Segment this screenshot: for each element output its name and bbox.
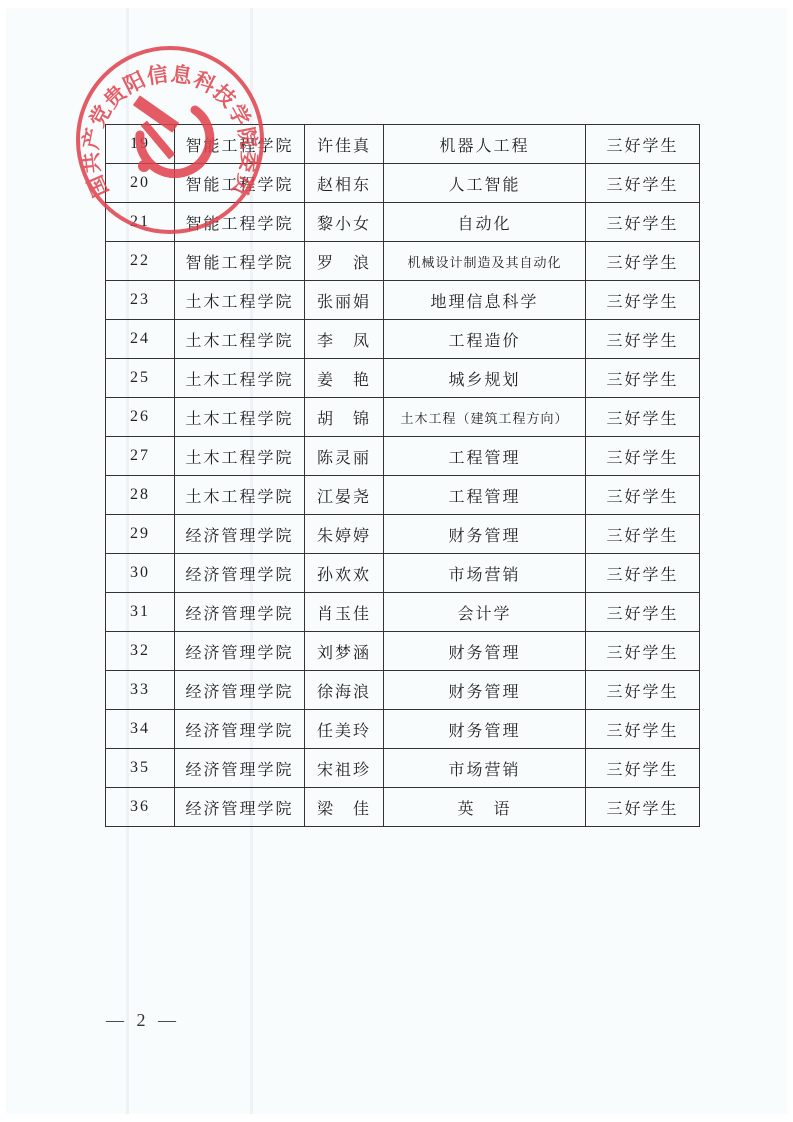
table-row: 32经济管理学院刘梦涵财务管理三好学生 [106,632,700,671]
award-cell: 三好学生 [586,788,700,827]
award-cell: 三好学生 [586,671,700,710]
student-name-cell: 朱婷婷 [305,515,384,554]
award-cell: 三好学生 [586,398,700,437]
major-cell: 自动化 [384,203,586,242]
major-cell: 工程造价 [384,320,586,359]
row-number: 29 [106,515,175,554]
table-body: 19智能工程学院许佳真机器人工程三好学生20智能工程学院赵相东人工智能三好学生2… [106,125,700,827]
award-cell: 三好学生 [586,632,700,671]
college-cell: 土木工程学院 [175,437,305,476]
college-cell: 智能工程学院 [175,203,305,242]
major-cell: 会计学 [384,593,586,632]
award-cell: 三好学生 [586,749,700,788]
table-row: 19智能工程学院许佳真机器人工程三好学生 [106,125,700,164]
student-name-cell: 罗 浪 [305,242,384,281]
table-row: 28土木工程学院江晏尧工程管理三好学生 [106,476,700,515]
major-cell: 财务管理 [384,632,586,671]
major-cell: 财务管理 [384,710,586,749]
table-row: 33经济管理学院徐海浪财务管理三好学生 [106,671,700,710]
college-cell: 经济管理学院 [175,632,305,671]
row-number: 21 [106,203,175,242]
student-name-cell: 江晏尧 [305,476,384,515]
student-name-cell: 徐海浪 [305,671,384,710]
row-number: 27 [106,437,175,476]
row-number: 33 [106,671,175,710]
award-cell: 三好学生 [586,320,700,359]
major-cell: 城乡规划 [384,359,586,398]
row-number: 34 [106,710,175,749]
row-number: 31 [106,593,175,632]
student-name-cell: 肖玉佳 [305,593,384,632]
award-roster-table: 19智能工程学院许佳真机器人工程三好学生20智能工程学院赵相东人工智能三好学生2… [105,124,700,827]
student-name-cell: 赵相东 [305,164,384,203]
major-cell: 市场营销 [384,554,586,593]
row-number: 28 [106,476,175,515]
table-row: 35经济管理学院宋祖珍市场营销三好学生 [106,749,700,788]
major-cell: 财务管理 [384,515,586,554]
major-cell: 英 语 [384,788,586,827]
major-cell: 机械设计制造及其自动化 [384,242,586,281]
row-number: 32 [106,632,175,671]
table-row: 36经济管理学院梁 佳英 语三好学生 [106,788,700,827]
award-cell: 三好学生 [586,125,700,164]
row-number: 30 [106,554,175,593]
major-cell: 工程管理 [384,476,586,515]
major-cell: 工程管理 [384,437,586,476]
table-row: 21智能工程学院黎小女自动化三好学生 [106,203,700,242]
row-number: 26 [106,398,175,437]
award-cell: 三好学生 [586,242,700,281]
award-cell: 三好学生 [586,359,700,398]
row-number: 23 [106,281,175,320]
student-name-cell: 李 凤 [305,320,384,359]
student-name-cell: 孙欢欢 [305,554,384,593]
table-row: 23土木工程学院张丽娟地理信息科学三好学生 [106,281,700,320]
row-number: 36 [106,788,175,827]
major-cell: 市场营销 [384,749,586,788]
row-number: 19 [106,125,175,164]
student-name-cell: 梁 佳 [305,788,384,827]
student-name-cell: 陈灵丽 [305,437,384,476]
table-row: 20智能工程学院赵相东人工智能三好学生 [106,164,700,203]
student-name-cell: 胡 锦 [305,398,384,437]
table-row: 29经济管理学院朱婷婷财务管理三好学生 [106,515,700,554]
table-row: 30经济管理学院孙欢欢市场营销三好学生 [106,554,700,593]
row-number: 22 [106,242,175,281]
student-name-cell: 刘梦涵 [305,632,384,671]
college-cell: 土木工程学院 [175,281,305,320]
major-cell: 地理信息科学 [384,281,586,320]
college-cell: 经济管理学院 [175,515,305,554]
student-name-cell: 姜 艳 [305,359,384,398]
award-cell: 三好学生 [586,593,700,632]
college-cell: 土木工程学院 [175,359,305,398]
college-cell: 智能工程学院 [175,125,305,164]
major-cell: 财务管理 [384,671,586,710]
college-cell: 经济管理学院 [175,749,305,788]
award-cell: 三好学生 [586,515,700,554]
row-number: 20 [106,164,175,203]
college-cell: 经济管理学院 [175,788,305,827]
student-name-cell: 任美玲 [305,710,384,749]
award-cell: 三好学生 [586,203,700,242]
award-cell: 三好学生 [586,164,700,203]
award-cell: 三好学生 [586,281,700,320]
table-row: 26土木工程学院胡 锦土木工程（建筑工程方向）三好学生 [106,398,700,437]
row-number: 25 [106,359,175,398]
student-name-cell: 张丽娟 [305,281,384,320]
award-cell: 三好学生 [586,437,700,476]
student-name-cell: 许佳真 [305,125,384,164]
row-number: 24 [106,320,175,359]
table-row: 34经济管理学院任美玲财务管理三好学生 [106,710,700,749]
college-cell: 智能工程学院 [175,242,305,281]
table-row: 24土木工程学院李 凤工程造价三好学生 [106,320,700,359]
college-cell: 经济管理学院 [175,671,305,710]
award-cell: 三好学生 [586,476,700,515]
table-row: 25土木工程学院姜 艳城乡规划三好学生 [106,359,700,398]
award-cell: 三好学生 [586,710,700,749]
award-cell: 三好学生 [586,554,700,593]
major-cell: 机器人工程 [384,125,586,164]
row-number: 35 [106,749,175,788]
student-name-cell: 黎小女 [305,203,384,242]
college-cell: 经济管理学院 [175,710,305,749]
student-name-cell: 宋祖珍 [305,749,384,788]
college-cell: 经济管理学院 [175,593,305,632]
college-cell: 土木工程学院 [175,320,305,359]
college-cell: 经济管理学院 [175,554,305,593]
table-row: 22智能工程学院罗 浪机械设计制造及其自动化三好学生 [106,242,700,281]
page-number: — 2 — [106,1010,180,1031]
college-cell: 智能工程学院 [175,164,305,203]
table-row: 31经济管理学院肖玉佳会计学三好学生 [106,593,700,632]
table-row: 27土木工程学院陈灵丽工程管理三好学生 [106,437,700,476]
major-cell: 人工智能 [384,164,586,203]
major-cell: 土木工程（建筑工程方向） [384,398,586,437]
college-cell: 土木工程学院 [175,476,305,515]
college-cell: 土木工程学院 [175,398,305,437]
